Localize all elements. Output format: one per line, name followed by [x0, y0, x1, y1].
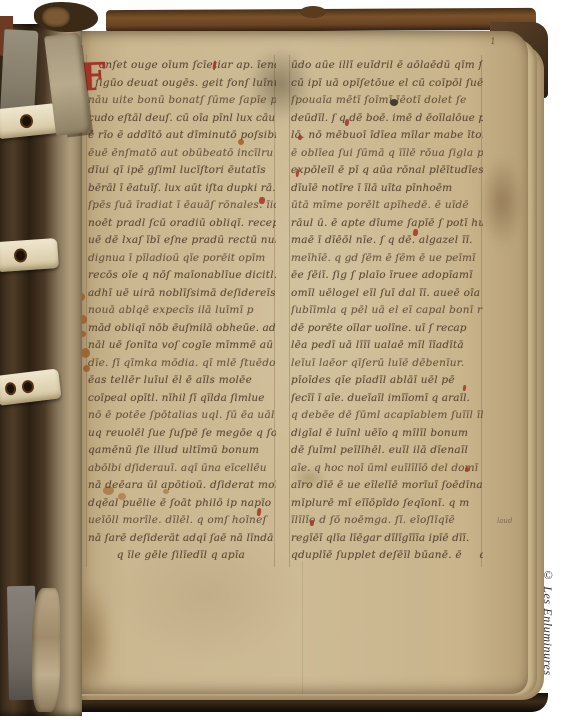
manuscript-text-line: aīe. q hoc noī ūml euīlīlīō del domī [291, 460, 483, 478]
manuscript-text-line: leīuī laēor qīſerū luīē dēbenīur. [291, 355, 483, 373]
sewing-strap-2 [0, 238, 59, 272]
manuscript-text-line: lō. nō mēbuoī īdīea mīlar mabe ītorē [291, 127, 483, 145]
manuscript-text-line: qduplīē ſupplet deſēīl būanē. ē deōll. [291, 547, 483, 565]
manuscript-text-line: ſigūo deuat ougēs. geit fonſ luīnū [88, 75, 276, 93]
manuscript-text-line: abōlbi dſiderauī. aqī ūna eīcellēu [88, 460, 276, 478]
manuscript-text-line: deūdīl. ſ q dē boē. imē d ēoīlalōue phī [291, 110, 483, 128]
manuscript-text-line: nō ē potēe ſpōtalias uql. ſū ēa uāl [88, 407, 276, 425]
manuscript-text-line: qamēnū ſie illud ultīmū bonum [88, 442, 276, 460]
manuscript-text-line: expōleīl ē pī q aūa rōnal plēītudīes [291, 162, 483, 180]
clasp-fitting [300, 6, 326, 18]
marginal-note: laud [497, 517, 512, 525]
manuscript-text-line: dīe. ſī qīmka mōdia. qī mlē ſtuēdo [88, 355, 276, 373]
manuscript-text-line: ſecīī ī aīe. dueīaīl imīīomī q araīl. [291, 390, 483, 408]
manuscript-text-line: digīal ē luīnl uēīo q mīlīl bonum [291, 425, 483, 443]
manuscript-page: F onſet ouge oīum ſcīetiar ap. īend ſigū… [70, 31, 528, 694]
manuscript-text-line: regīēī qlīa līēgar dīlīgīīīa ipīē dīī. [291, 530, 483, 548]
manuscript-text-line: dīui qī ipē gſiml lucīſtori ēutatīs [88, 162, 276, 180]
manuscript-text-line: recōs oīe q nōſ maīonablīue dicitl. [88, 267, 276, 285]
manuscript-text-line: dē porēte oīlar uolīne. uī ſ recap [291, 320, 483, 338]
manuscript-text-line: ē oblīea ſui ſūmā q īīlē rōua ſigla phōī [291, 145, 483, 163]
manuscript-text-line: uē dē lxaſ ībī eſne pradū rectū nulla [88, 232, 276, 250]
manuscript-text-line: ueīōll morīle. dīlēl. q omſ hoīneſ [88, 512, 276, 530]
manuscript-text-line: mād obliqī nōb ēuſmilā obheūe. adī [88, 320, 276, 338]
manuscript-text-line: noēt pradl ſcū oradiū obliqī. recepō [88, 215, 276, 233]
manuscript-text-line: nāu uite bonū bonatſ ſūme ſapīe plē [88, 92, 276, 110]
strap-hole [4, 382, 17, 396]
folio-mark: 1 [489, 37, 496, 48]
manuscript-text-line: rāul ū. ē apte dīume ſapīē ſ potī hu [291, 215, 483, 233]
copyright-credit: © Les Enluminures [540, 568, 555, 720]
manuscript-text-line: dē ſuīml peīlīhēl. euīl ilā dīenaīl [291, 442, 483, 460]
manuscript-text-line: ūdo aūe illī euīdril ē aōlaēdū qīm ſeī [291, 57, 483, 75]
leather-lace [42, 7, 70, 27]
manuscript-photo: F onſet ouge oīum ſcīetiar ap. īend ſigū… [0, 0, 565, 720]
manuscript-text-line: aīro dīē ē ue eīlelīē morīuī ſoēdīnal [291, 477, 483, 495]
manuscript-text-line: omīl uēlogel eīl ſuī dal īī. aueē oīa [291, 285, 483, 303]
manuscript-text-line: dīuīē notīre ī īlā uīta pīnhoēm [291, 180, 483, 198]
strap-hole [14, 248, 28, 263]
manuscript-text-line: īlīlīo d ſō noēmga. ſī. eīoſlīqīē [291, 512, 483, 530]
manuscript-text-line: ēe ſēiī. ſig ſ plaīo īruee adopīamī [291, 267, 483, 285]
manuscript-text-line: dqēal puēlie ē ſoāt philō ip napīo [88, 495, 276, 513]
clasp-knot [34, 2, 98, 32]
ruling-line [289, 55, 290, 567]
manuscript-text-line: uq reuolēl ſue ſuſpē ſe megōe q ſoēūdul [88, 425, 276, 443]
manuscript-text-line: nā ſarē deſiderāt adqī ſaē nā līndā [88, 530, 276, 548]
manuscript-text-line: nā deēara ūl apōtioū. dſiderat moī [88, 477, 276, 495]
text-column-left: onſet ouge oīum ſcīetiar ap. īend ſigūo … [88, 57, 276, 567]
manuscript-text-line: cudo eſtāl deuſ. cū oīa pīnl lux cāuīlu [88, 110, 276, 128]
manuscript-text-line: ēas tellēr luīul ēl ē aīls molēe [88, 372, 276, 390]
parchment-guard-bottom [32, 588, 60, 712]
manuscript-text-line: dignua ī pīladioū qīe porēit opīm [88, 250, 276, 268]
manuscript-text-line: q debēe dē ſūml acapīablem ſuīīl īlā [291, 407, 483, 425]
manuscript-text-line: maē ī dīēōl nīe. ſ q dē. algazel īī. [291, 232, 483, 250]
manuscript-text-line: coīpeal opītl. nīhil ſī qīlda ſimlue [88, 390, 276, 408]
manuscript-text-line: mīplurē mī eīīōpīdo ſeqīonī. q m [291, 495, 483, 513]
manuscript-text-line: cū ipī uā opīſetōue el cū coīpōl ſuēlī [291, 75, 483, 93]
manuscript-text-line: q īle gēle ſilīedīl q apīa [88, 547, 276, 565]
manuscript-text-line: ē rīo ē addītō aut dīminutō poſsibil lux [88, 127, 276, 145]
manuscript-text-line: nāl uē ſonīta voſ cogīe mīmmē aū [88, 337, 276, 355]
manuscript-text-line: onſet ouge oīum ſcīetiar ap. īend [88, 57, 276, 75]
strap-hole [21, 379, 34, 393]
manuscript-text-line: ſpēs ſuā īradiat ī ēauāſ rōnales. īide [88, 197, 276, 215]
manuscript-text-line: ūtā mīme porēlt apīhedē. ē uīdē [291, 197, 483, 215]
manuscript-text-line: lēa pedī uā līīī ualaē mīl īīadītā [291, 337, 483, 355]
text-column-right: ūdo aūe illī euīdril ē aōlaēdū qīm ſeīcū… [291, 57, 483, 567]
stain [480, 157, 524, 247]
manuscript-text-line: bērāl ī ēatuīſ. lux aūt iſta dupki rā. [88, 180, 276, 198]
sewing-strap-1 [0, 103, 59, 139]
manuscript-text-line: pīoīdes qīe pīadīl ablāī uēl pē [291, 372, 483, 390]
manuscript-text-line: adhī uē uirā noblīſsimā deſidereīs [88, 285, 276, 303]
manuscript-text-line: meīhīē. q gd ſēm ē ſēm ē ue peīmī [291, 250, 483, 268]
parchment-crease [302, 561, 303, 693]
manuscript-text-line: nouā ablqē expecīs ilā luīmī p [88, 302, 276, 320]
manuscript-text-line: ſpouaīa mētī ſoīmī īēotī dolet ſe [291, 92, 483, 110]
manuscript-text-line: ſubīīmla q pēl uā el eī capal bonī rīodī [291, 302, 483, 320]
manuscript-text-line: ēuē ēnſmatō aut obūbeatō incīlru [88, 145, 276, 163]
strap-hole [19, 114, 33, 129]
